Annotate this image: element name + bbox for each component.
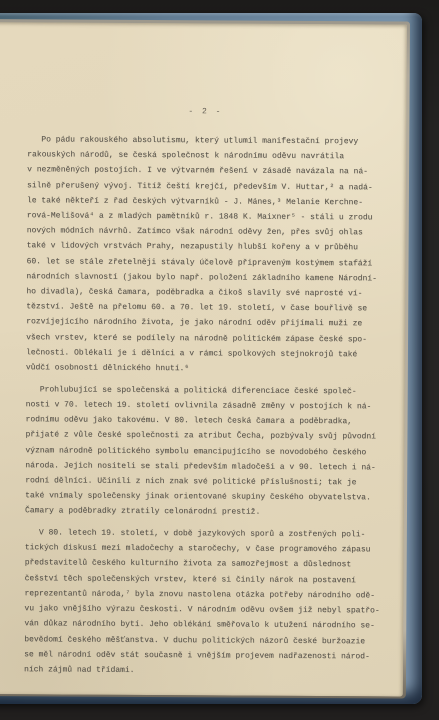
document-page: - 2 - Po pádu rakouského absolutismu, kt… bbox=[0, 22, 407, 697]
page-body: Po pádu rakouského absolutismu, který ut… bbox=[24, 132, 391, 686]
photo-background: - 2 - Po pádu rakouského absolutismu, kt… bbox=[0, 0, 439, 720]
paragraph-1: Po pádu rakouského absolutismu, který ut… bbox=[26, 132, 391, 377]
page-number: - 2 - bbox=[27, 106, 383, 117]
paragraph-2: Prohlubující se společenská a politická … bbox=[25, 382, 390, 521]
paragraph-3: V 80. letech 19. století, v době jazykov… bbox=[24, 525, 389, 679]
